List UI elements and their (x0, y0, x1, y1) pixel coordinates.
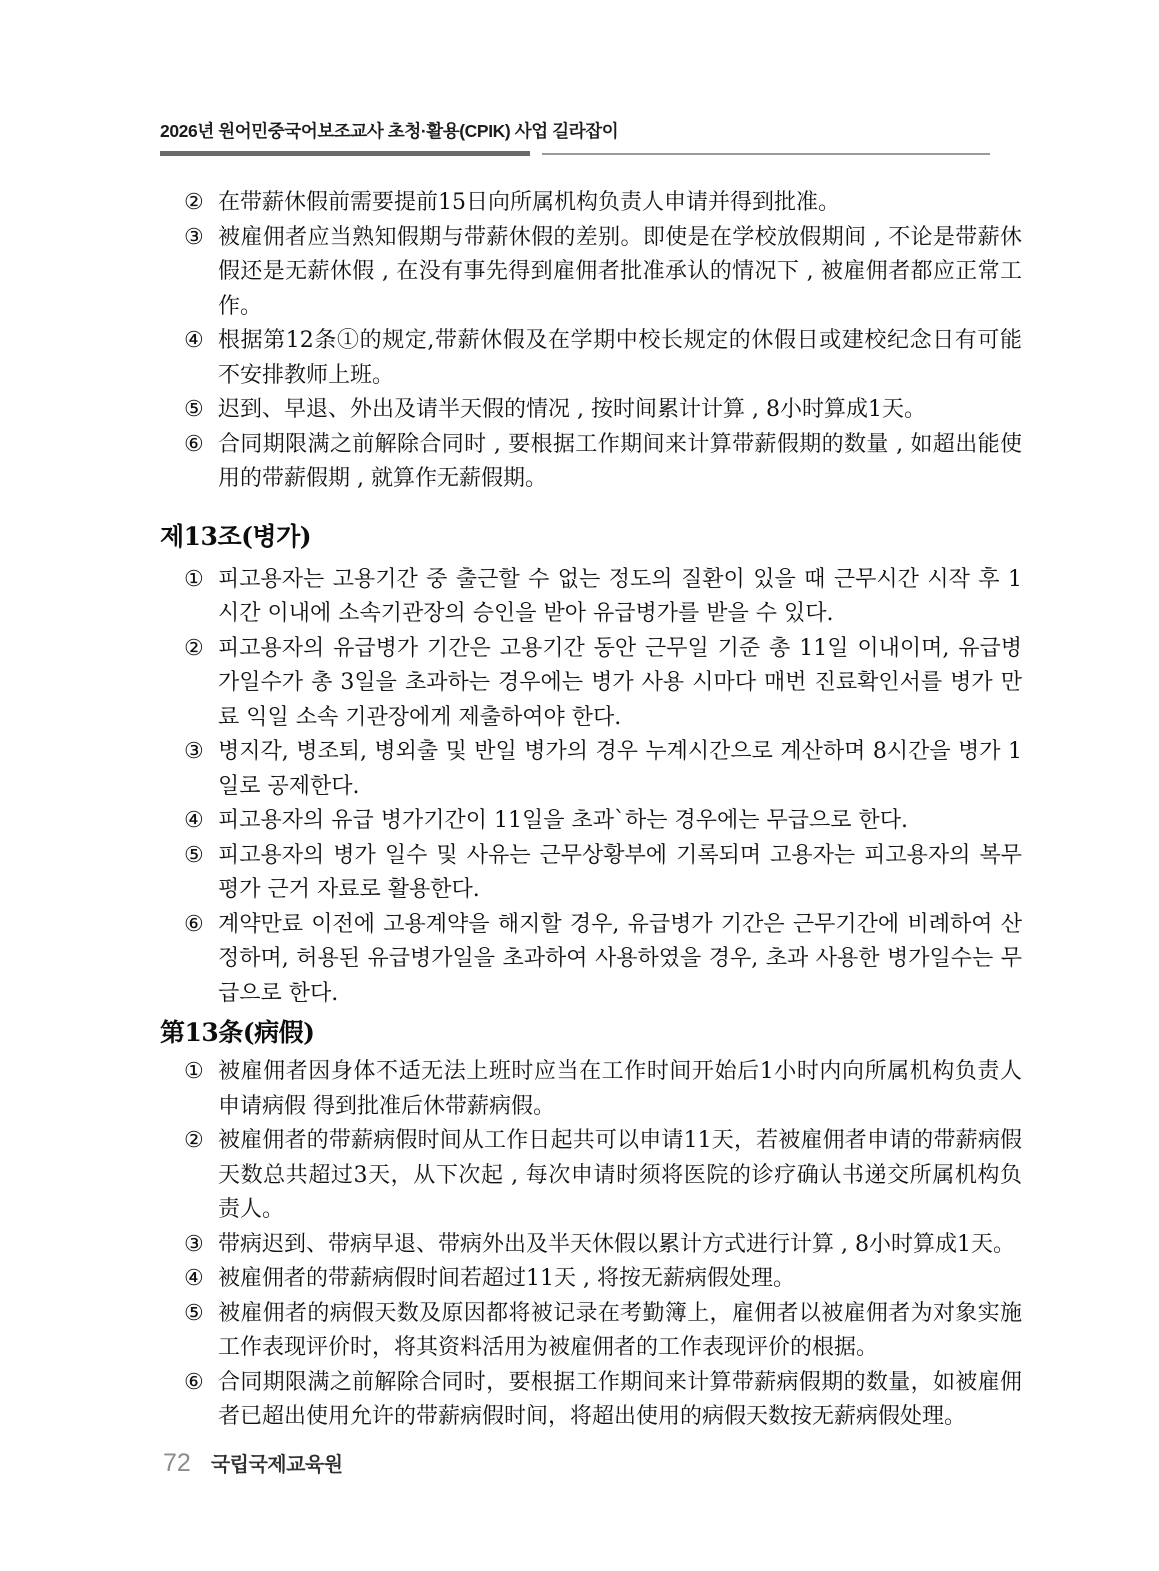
item-text: 迟到、早退、外出及请半天假的情况 , 按时间累计计算 , 8小时算成1天。 (218, 393, 1022, 428)
item-text: 合同期限满之前解除合同时，要根据工作期间来计算带薪病假期的数量，如被雇佣者已超出… (218, 1366, 1022, 1435)
item-text: 带病迟到、带病早退、带病外出及半天休假以累计方式进行计算 , 8小时算成1天。 (218, 1228, 1022, 1263)
item-marker: ⑤ (184, 839, 218, 874)
document-page: 2026년 원어민중국어보조교사 초청·활용(CPIK) 사업 길라잡이 ② 在… (0, 0, 1159, 1571)
list-item: ① 피고용자는 고용기간 중 출근할 수 없는 정도의 질환이 있을 때 근무시… (160, 563, 1022, 632)
footer-organization: 국립국제교육원 (211, 1448, 343, 1477)
list-item: ① 被雇佣者因身体不适无法上班时应当在工作时间开始后1小时内向所属机构负责人申请… (160, 1055, 1022, 1124)
intro-item-list: ② 在带薪休假前需要提前15日向所属机构负责人申请并得到批准。 ③ 被雇佣者应当… (160, 186, 1022, 497)
item-text: 被雇佣者因身体不适无法上班时应当在工作时间开始后1小时内向所属机构负责人申请病假… (218, 1055, 1022, 1124)
list-item: ② 피고용자의 유급병가 기간은 고용기간 동안 근무일 기준 총 11일 이내… (160, 632, 1022, 736)
item-marker: ⑤ (184, 1297, 218, 1332)
item-text: 계약만료 이전에 고용계약을 해지할 경우, 유급병가 기간은 근무기간에 비례… (218, 908, 1022, 1012)
item-text: 被雇佣者的带薪病假时间若超过11天 , 将按无薪病假处理。 (218, 1262, 1022, 1297)
list-item: ② 被雇佣者的带薪病假时间从工作日起共可以申请11天，若被雇佣者申请的带薪病假天… (160, 1124, 1022, 1228)
list-item: ⑥ 계약만료 이전에 고용계약을 해지할 경우, 유급병가 기간은 근무기간에 … (160, 908, 1022, 1012)
header-rule-thin (542, 153, 990, 155)
item-text: 피고용자는 고용기간 중 출근할 수 없는 정도의 질환이 있을 때 근무시간 … (218, 563, 1022, 632)
item-text: 被雇佣者的带薪病假时间从工作日起共可以申请11天，若被雇佣者申请的带薪病假天数总… (218, 1124, 1022, 1228)
list-item: ② 在带薪休假前需要提前15日向所属机构负责人申请并得到批准。 (160, 186, 1022, 221)
item-marker: ③ (184, 221, 218, 256)
item-text: 被雇佣者应当熟知假期与带薪休假的差别。即使是在学校放假期间 , 不论是带薪休假还… (218, 221, 1022, 325)
list-item: ③ 被雇佣者应当熟知假期与带薪休假的差别。即使是在学校放假期间 , 不论是带薪休… (160, 221, 1022, 325)
chinese-item-list: ① 被雇佣者因身体不适无法上班时应当在工作时间开始后1小时内向所属机构负责人申请… (160, 1055, 1022, 1435)
item-marker: ② (184, 1124, 218, 1159)
item-marker: ④ (184, 1262, 218, 1297)
list-item: ⑤ 피고용자의 병가 일수 및 사유는 근무상황부에 기록되며 고용자는 피고용… (160, 839, 1022, 908)
section-heading-chinese: 第13条(病假) (160, 1017, 1022, 1049)
item-text: 合同期限满之前解除合同时 , 要根据工作期间来计算带薪假期的数量 , 如超出能使… (218, 428, 1022, 497)
list-item: ③ 带病迟到、带病早退、带病外出及半天休假以累计方式进行计算 , 8小时算成1天… (160, 1228, 1022, 1263)
list-item: ⑥ 合同期限满之前解除合同时，要根据工作期间来计算带薪病假期的数量，如被雇佣者已… (160, 1366, 1022, 1435)
item-marker: ④ (184, 324, 218, 359)
korean-item-list: ① 피고용자는 고용기간 중 출근할 수 없는 정도의 질환이 있을 때 근무시… (160, 563, 1022, 1012)
item-marker: ③ (184, 1228, 218, 1263)
item-marker: ⑥ (184, 908, 218, 943)
list-item: ④ 피고용자의 유급 병가기간이 11일을 초과`하는 경우에는 무급으로 한다… (160, 804, 1022, 839)
item-marker: ③ (184, 735, 218, 770)
item-marker: ① (184, 563, 218, 598)
item-text: 在带薪休假前需要提前15日向所属机构负责人申请并得到批准。 (218, 186, 1022, 221)
item-marker: ② (184, 186, 218, 221)
page-header: 2026년 원어민중국어보조교사 초청·활용(CPIK) 사업 길라잡이 (160, 118, 1022, 156)
section-heading-korean: 제13조(병가) (160, 521, 1022, 553)
list-item: ③ 병지각, 병조퇴, 병외출 및 반일 병가의 경우 누계시간으로 계산하며 … (160, 735, 1022, 804)
list-item: ④ 被雇佣者的带薪病假时间若超过11天 , 将按无薪病假处理。 (160, 1262, 1022, 1297)
list-item: ⑤ 被雇佣者的病假天数及原因都将被记录在考勤簿上，雇佣者以被雇佣者为对象实施工作… (160, 1297, 1022, 1366)
item-marker: ② (184, 632, 218, 667)
item-marker: ⑥ (184, 428, 218, 463)
item-text: 피고용자의 유급병가 기간은 고용기간 동안 근무일 기준 총 11일 이내이며… (218, 632, 1022, 736)
list-item: ④ 根据第12条①的规定,带薪休假及在学期中校长规定的休假日或建校纪念日有可能不… (160, 324, 1022, 393)
list-item: ⑤ 迟到、早退、外出及请半天假的情况 , 按时间累计计算 , 8小时算成1天。 (160, 393, 1022, 428)
item-text: 피고용자의 유급 병가기간이 11일을 초과`하는 경우에는 무급으로 한다. (218, 804, 1022, 839)
list-item: ⑥ 合同期限满之前解除合同时 , 要根据工作期间来计算带薪假期的数量 , 如超出… (160, 428, 1022, 497)
page-number: 72 (163, 1449, 191, 1478)
document-body: ② 在带薪休假前需要提前15日向所属机构负责人申请并得到批准。 ③ 被雇佣者应当… (160, 186, 1022, 1435)
header-rule-thick (160, 151, 530, 156)
item-text: 병지각, 병조퇴, 병외출 및 반일 병가의 경우 누계시간으로 계산하며 8시… (218, 735, 1022, 804)
header-title: 2026년 원어민중국어보조교사 초청·활용(CPIK) 사업 길라잡이 (160, 118, 1022, 143)
item-text: 피고용자의 병가 일수 및 사유는 근무상황부에 기록되며 고용자는 피고용자의… (218, 839, 1022, 908)
page-footer: 72 국립국제교육원 (163, 1448, 343, 1478)
item-marker: ④ (184, 804, 218, 839)
item-marker: ⑥ (184, 1366, 218, 1401)
item-text: 根据第12条①的规定,带薪休假及在学期中校长规定的休假日或建校纪念日有可能不安排… (218, 324, 1022, 393)
item-marker: ⑤ (184, 393, 218, 428)
header-rule (160, 151, 990, 156)
item-marker: ① (184, 1055, 218, 1090)
item-text: 被雇佣者的病假天数及原因都将被记录在考勤簿上，雇佣者以被雇佣者为对象实施工作表现… (218, 1297, 1022, 1366)
